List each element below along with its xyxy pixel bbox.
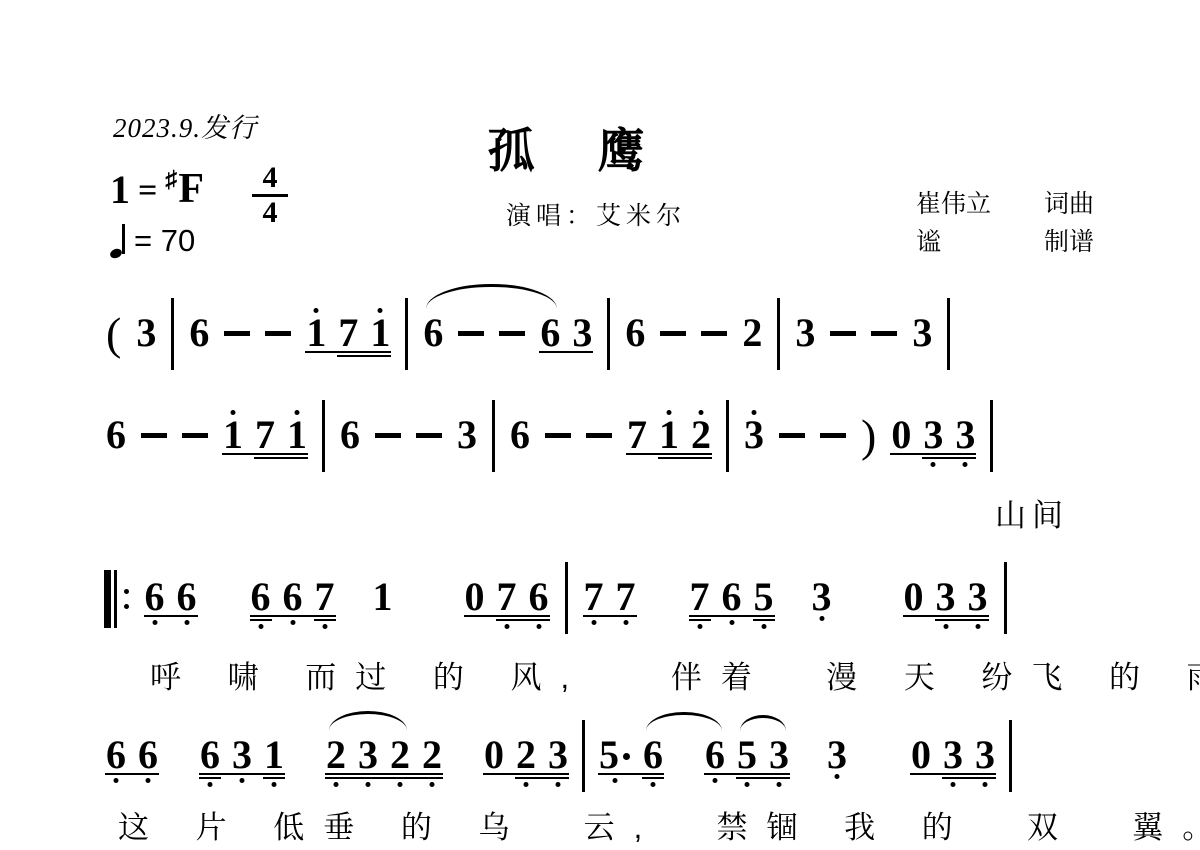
- beam-group: 712: [627, 420, 711, 450]
- repeat-dots: [124, 589, 129, 609]
- note: 5: [754, 582, 774, 612]
- note-digit: 6: [625, 318, 645, 348]
- octave-low-dot: [430, 782, 435, 787]
- barline: [1009, 720, 1012, 792]
- beam-group: 653: [705, 740, 789, 770]
- tempo-value: = 70: [134, 223, 195, 259]
- credit-role: 制谱: [1044, 224, 1094, 262]
- note-digit: 3: [744, 420, 764, 450]
- note-digit: 6: [705, 740, 725, 770]
- note-digit: 3: [912, 318, 932, 348]
- octave-low-dot: [745, 782, 750, 787]
- beam-group: 023: [484, 740, 568, 770]
- note-digit: 7: [627, 420, 647, 450]
- beam-group: 033: [911, 740, 995, 770]
- beam-group: 33: [943, 740, 995, 770]
- note-digit: 0: [911, 740, 931, 770]
- octave-low-dot: [835, 774, 840, 779]
- beam-group: 6: [200, 740, 220, 770]
- duration-dash: [779, 433, 805, 438]
- repeat-start-sign: [104, 570, 129, 628]
- octave-low-dot: [623, 620, 628, 625]
- octave-low-dot: [613, 778, 618, 783]
- sheet-music-page: { "header": { "release": "2023.9.发行", "t…: [0, 0, 1200, 850]
- octave-low-dot: [975, 624, 980, 629]
- tie-arc: [740, 715, 786, 731]
- note-digit: 0: [484, 740, 504, 770]
- note-digit: 6: [283, 582, 303, 612]
- spacer: [803, 769, 813, 770]
- note-digit: 6: [200, 740, 220, 770]
- score-line-3: 666671076777653033: [104, 582, 1007, 612]
- note-digit: 7: [338, 318, 358, 348]
- note-digit: 1: [659, 420, 679, 450]
- beam-group: 171: [306, 318, 390, 348]
- note: 6: [189, 318, 209, 348]
- note-digit: 3: [795, 318, 815, 348]
- barline: [947, 298, 950, 370]
- octave-high-dot: [667, 410, 672, 415]
- octave-low-dot: [208, 782, 213, 787]
- tie-arc: [329, 711, 407, 731]
- note: 6: [705, 740, 725, 770]
- note: 0: [891, 420, 911, 450]
- spacer: [172, 769, 186, 770]
- key-signature: 1 = ♯ F: [110, 172, 204, 206]
- spacer: [790, 611, 796, 612]
- note-digit: 6: [529, 582, 549, 612]
- note: 5: [737, 740, 757, 770]
- tie-arc: [426, 284, 557, 309]
- note-digit: 6: [423, 318, 443, 348]
- octave-high-dot: [378, 308, 383, 313]
- note: 3: [232, 740, 252, 770]
- barline: [322, 400, 325, 472]
- note: 7: [616, 582, 636, 612]
- key-tonic: 1: [110, 174, 130, 206]
- credit-name: 崔伟立: [916, 186, 991, 224]
- duration-dash: [499, 331, 525, 336]
- note: 3: [457, 420, 477, 450]
- octave-high-dot: [752, 410, 757, 415]
- note: 2: [742, 318, 762, 348]
- barline: [990, 400, 993, 472]
- lyrics-line-4: 这 片 低垂 的 乌 云, 禁锢 我 的 双 翼。 穿过: [118, 802, 1200, 847]
- repeat-thin-bar: [114, 570, 117, 628]
- octave-low-dot: [504, 624, 509, 629]
- octave-low-dot: [651, 782, 656, 787]
- note: 3: [812, 582, 832, 612]
- beam-group: 71: [255, 420, 307, 450]
- octave-high-dot: [699, 410, 704, 415]
- note: 3: [358, 740, 378, 770]
- spacer: [652, 611, 674, 612]
- note: 3: [975, 740, 995, 770]
- note-digit: 2: [516, 740, 536, 770]
- octave-low-dot: [951, 782, 956, 787]
- note-digit: 6: [177, 582, 197, 612]
- octave-high-dot: [295, 410, 300, 415]
- note: 0: [465, 582, 485, 612]
- beam-group: 12: [659, 420, 711, 450]
- octave-low-dot: [272, 782, 277, 787]
- beam-group: 33: [923, 420, 975, 450]
- performer-line: 演唱：艾米尔: [506, 196, 686, 232]
- note: 2: [691, 420, 711, 450]
- beam-group: 076: [465, 582, 549, 612]
- time-denominator: 4: [250, 199, 290, 227]
- note-digit: 0: [904, 582, 924, 612]
- score-line-2: 61716367123)033: [106, 420, 993, 450]
- note-digit: 5: [737, 740, 757, 770]
- note: 7: [584, 582, 604, 612]
- duration-dash: [224, 331, 250, 336]
- note: 2: [326, 740, 346, 770]
- note: 2: [422, 740, 442, 770]
- note-digit: 6: [340, 420, 360, 450]
- credit-row: 谧 制谱: [916, 224, 1094, 262]
- barline: [171, 298, 174, 370]
- beam-group: 56: [599, 740, 663, 770]
- note: 3: [548, 740, 568, 770]
- note: 2: [390, 740, 410, 770]
- octave-low-dot: [290, 620, 295, 625]
- octave-high-dot: [314, 308, 319, 313]
- note: 3: [968, 582, 988, 612]
- octave-low-dot: [729, 620, 734, 625]
- note-digit: 3: [827, 740, 847, 770]
- note: 6: [529, 582, 549, 612]
- note-digit: 3: [936, 582, 956, 612]
- note-digit: 7: [315, 582, 335, 612]
- note: 3: [955, 420, 975, 450]
- note-digit: 6: [510, 420, 530, 450]
- note-digit: 7: [497, 582, 517, 612]
- note: 0: [484, 740, 504, 770]
- barline: [777, 298, 780, 370]
- note-digit: 3: [457, 420, 477, 450]
- note: 1: [306, 318, 326, 348]
- credit-name: 谧: [916, 224, 941, 262]
- octave-low-dot: [777, 782, 782, 787]
- note: 6: [625, 318, 645, 348]
- note-digit: 3: [968, 582, 988, 612]
- beam-group: 033: [891, 420, 975, 450]
- credit-row: 崔伟立 词曲: [916, 186, 1094, 224]
- note-digit: 1: [370, 318, 390, 348]
- note-digit: 3: [232, 740, 252, 770]
- spacer: [848, 611, 888, 612]
- key-letter: F: [178, 172, 204, 206]
- beam-group: 2322: [326, 740, 442, 770]
- note: 3: [769, 740, 789, 770]
- octave-low-dot: [322, 624, 327, 629]
- beam-group: 71: [338, 318, 390, 348]
- time-numerator: 4: [250, 164, 290, 192]
- note: 6: [251, 582, 271, 612]
- octave-low-dot: [366, 782, 371, 787]
- note-digit: 5: [754, 582, 774, 612]
- beam-group: 171: [223, 420, 307, 450]
- note-digit: 6: [106, 420, 126, 450]
- duration-dash: [586, 433, 612, 438]
- note-digit: 6: [722, 582, 742, 612]
- parenthesis: (: [106, 317, 121, 351]
- beam-group: 66: [106, 740, 158, 770]
- note: 1: [373, 582, 393, 612]
- note-digit: 7: [616, 582, 636, 612]
- duration-dash: [458, 331, 484, 336]
- barline: [492, 400, 495, 472]
- octave-low-dot: [556, 782, 561, 787]
- spacer: [677, 769, 691, 770]
- note: 1: [370, 318, 390, 348]
- augmentation-dot: [623, 753, 630, 760]
- note-digit: 2: [326, 740, 346, 770]
- credits-block: 崔伟立 词曲 谧 制谱: [916, 186, 1094, 261]
- spacer: [456, 769, 470, 770]
- beam-group: 77: [584, 582, 636, 612]
- note: 6: [510, 420, 530, 450]
- note-digit: 3: [136, 318, 156, 348]
- note-digit: 6: [251, 582, 271, 612]
- octave-low-dot: [591, 620, 596, 625]
- note: 3: [744, 420, 764, 450]
- note: 7: [255, 420, 275, 450]
- octave-low-dot: [240, 778, 245, 783]
- note: 1: [659, 420, 679, 450]
- note-digit: 6: [138, 740, 158, 770]
- note: 1: [223, 420, 243, 450]
- note-digit: 0: [891, 420, 911, 450]
- beam-group: 7: [690, 582, 710, 612]
- duration-dash: [820, 433, 846, 438]
- note: 3: [943, 740, 963, 770]
- note: 7: [627, 420, 647, 450]
- note: 3: [923, 420, 943, 450]
- note: 1: [287, 420, 307, 450]
- beam-group: 765: [690, 582, 774, 612]
- note-digit: 3: [548, 740, 568, 770]
- quarter-note-icon: [110, 222, 127, 259]
- octave-low-dot: [819, 616, 824, 621]
- note-digit: 0: [465, 582, 485, 612]
- barline: [405, 298, 408, 370]
- note-digit: 5: [599, 740, 619, 770]
- note-digit: 3: [812, 582, 832, 612]
- spacer: [298, 769, 312, 770]
- spacer: [213, 611, 235, 612]
- beam-group: 66: [145, 582, 197, 612]
- note-digit: 7: [255, 420, 275, 450]
- note-digit: 6: [643, 740, 663, 770]
- note: 6: [106, 740, 126, 770]
- beam-group: 53: [737, 740, 789, 770]
- beam-group: 033: [904, 582, 988, 612]
- lyrics-line-3: 呼 啸 而过 的 风, 伴着 漫 天 纷飞 的 雨, 头顶: [150, 652, 1200, 697]
- note: 6: [138, 740, 158, 770]
- octave-low-dot: [713, 778, 718, 783]
- octave-low-dot: [983, 782, 988, 787]
- beam-group: 33: [936, 582, 988, 612]
- note: 7: [338, 318, 358, 348]
- tempo-marking: = 70: [110, 222, 195, 259]
- note-digit: 3: [358, 740, 378, 770]
- note: 7: [315, 582, 335, 612]
- sharp-icon: ♯: [165, 170, 177, 190]
- time-signature: 4 4: [250, 164, 290, 227]
- parenthesis: ): [861, 419, 876, 453]
- barline: [565, 562, 568, 634]
- beam-group: 1: [264, 740, 284, 770]
- duration-dash: [416, 433, 442, 438]
- note: 6: [177, 582, 197, 612]
- barline: [726, 400, 729, 472]
- octave-low-dot: [258, 624, 263, 629]
- duration-dash: [701, 331, 727, 336]
- key-equals: =: [138, 176, 157, 206]
- note-digit: 6: [189, 318, 209, 348]
- note: 0: [904, 582, 924, 612]
- octave-low-dot: [184, 620, 189, 625]
- note-digit: 2: [390, 740, 410, 770]
- note: 1: [264, 740, 284, 770]
- octave-low-dot: [536, 624, 541, 629]
- note: 3: [912, 318, 932, 348]
- note-digit: 6: [145, 582, 165, 612]
- note: 6: [340, 420, 360, 450]
- duration-dash: [182, 433, 208, 438]
- note-digit: 1: [223, 420, 243, 450]
- note: 6: [423, 318, 443, 348]
- duration-dash: [871, 331, 897, 336]
- note: 3: [795, 318, 815, 348]
- note-digit: 2: [742, 318, 762, 348]
- beam-group: 7: [315, 582, 335, 612]
- repeat-thick-bar: [104, 570, 111, 628]
- note: 3: [827, 740, 847, 770]
- note: 6: [145, 582, 165, 612]
- note-digit: 3: [975, 740, 995, 770]
- octave-low-dot: [398, 782, 403, 787]
- octave-low-dot: [761, 624, 766, 629]
- spacer: [861, 769, 897, 770]
- note: 3: [136, 318, 156, 348]
- note: 6: [540, 318, 560, 348]
- note: 6: [283, 582, 303, 612]
- note: 5: [599, 740, 631, 770]
- note: 6: [106, 420, 126, 450]
- note-digit: 1: [373, 582, 393, 612]
- beam-group: 6: [251, 582, 271, 612]
- note-digit: 3: [572, 318, 592, 348]
- beam-group: 667: [251, 582, 335, 612]
- note: 0: [911, 740, 931, 770]
- note: 6: [643, 740, 663, 770]
- barline: [582, 720, 585, 792]
- score-line-1: (361716636233: [106, 318, 950, 348]
- duration-dash: [830, 331, 856, 336]
- octave-low-dot: [146, 778, 151, 783]
- beam-group: 23: [516, 740, 568, 770]
- octave-low-dot: [963, 462, 968, 467]
- octave-low-dot: [697, 624, 702, 629]
- octave-low-dot: [152, 620, 157, 625]
- note-digit: 1: [306, 318, 326, 348]
- lyrics-line-2: 山间: [995, 490, 1069, 535]
- beam-group: 6: [643, 740, 663, 770]
- octave-low-dot: [334, 782, 339, 787]
- note-digit: 3: [769, 740, 789, 770]
- note: 7: [497, 582, 517, 612]
- octave-high-dot: [231, 410, 236, 415]
- note-digit: 6: [106, 740, 126, 770]
- spacer: [351, 611, 357, 612]
- note: 7: [690, 582, 710, 612]
- octave-low-dot: [524, 782, 529, 787]
- note-digit: 7: [690, 582, 710, 612]
- score-line-4: 666312322023566533033: [106, 740, 1012, 770]
- note-digit: 6: [540, 318, 560, 348]
- spacer: [409, 611, 449, 612]
- note-digit: 3: [955, 420, 975, 450]
- duration-dash: [660, 331, 686, 336]
- octave-low-dot: [931, 462, 936, 467]
- note: 6: [722, 582, 742, 612]
- duration-dash: [265, 331, 291, 336]
- beam-group: 63: [540, 318, 592, 348]
- note-digit: 3: [943, 740, 963, 770]
- note-digit: 1: [264, 740, 284, 770]
- note-digit: 7: [584, 582, 604, 612]
- duration-dash: [375, 433, 401, 438]
- beam-group: 76: [497, 582, 549, 612]
- octave-low-dot: [943, 624, 948, 629]
- note: 6: [200, 740, 220, 770]
- note-digit: 1: [287, 420, 307, 450]
- note-digit: 2: [422, 740, 442, 770]
- tie-arc: [646, 712, 722, 731]
- credit-role: 词曲: [1044, 186, 1094, 224]
- note-digit: 2: [691, 420, 711, 450]
- note-digit: 3: [923, 420, 943, 450]
- barline: [1004, 562, 1007, 634]
- beam-group: 5: [754, 582, 774, 612]
- duration-dash: [545, 433, 571, 438]
- duration-dash: [141, 433, 167, 438]
- note: 2: [516, 740, 536, 770]
- note: 3: [936, 582, 956, 612]
- barline: [607, 298, 610, 370]
- beam-group: 631: [200, 740, 284, 770]
- octave-low-dot: [114, 778, 119, 783]
- note: 3: [572, 318, 592, 348]
